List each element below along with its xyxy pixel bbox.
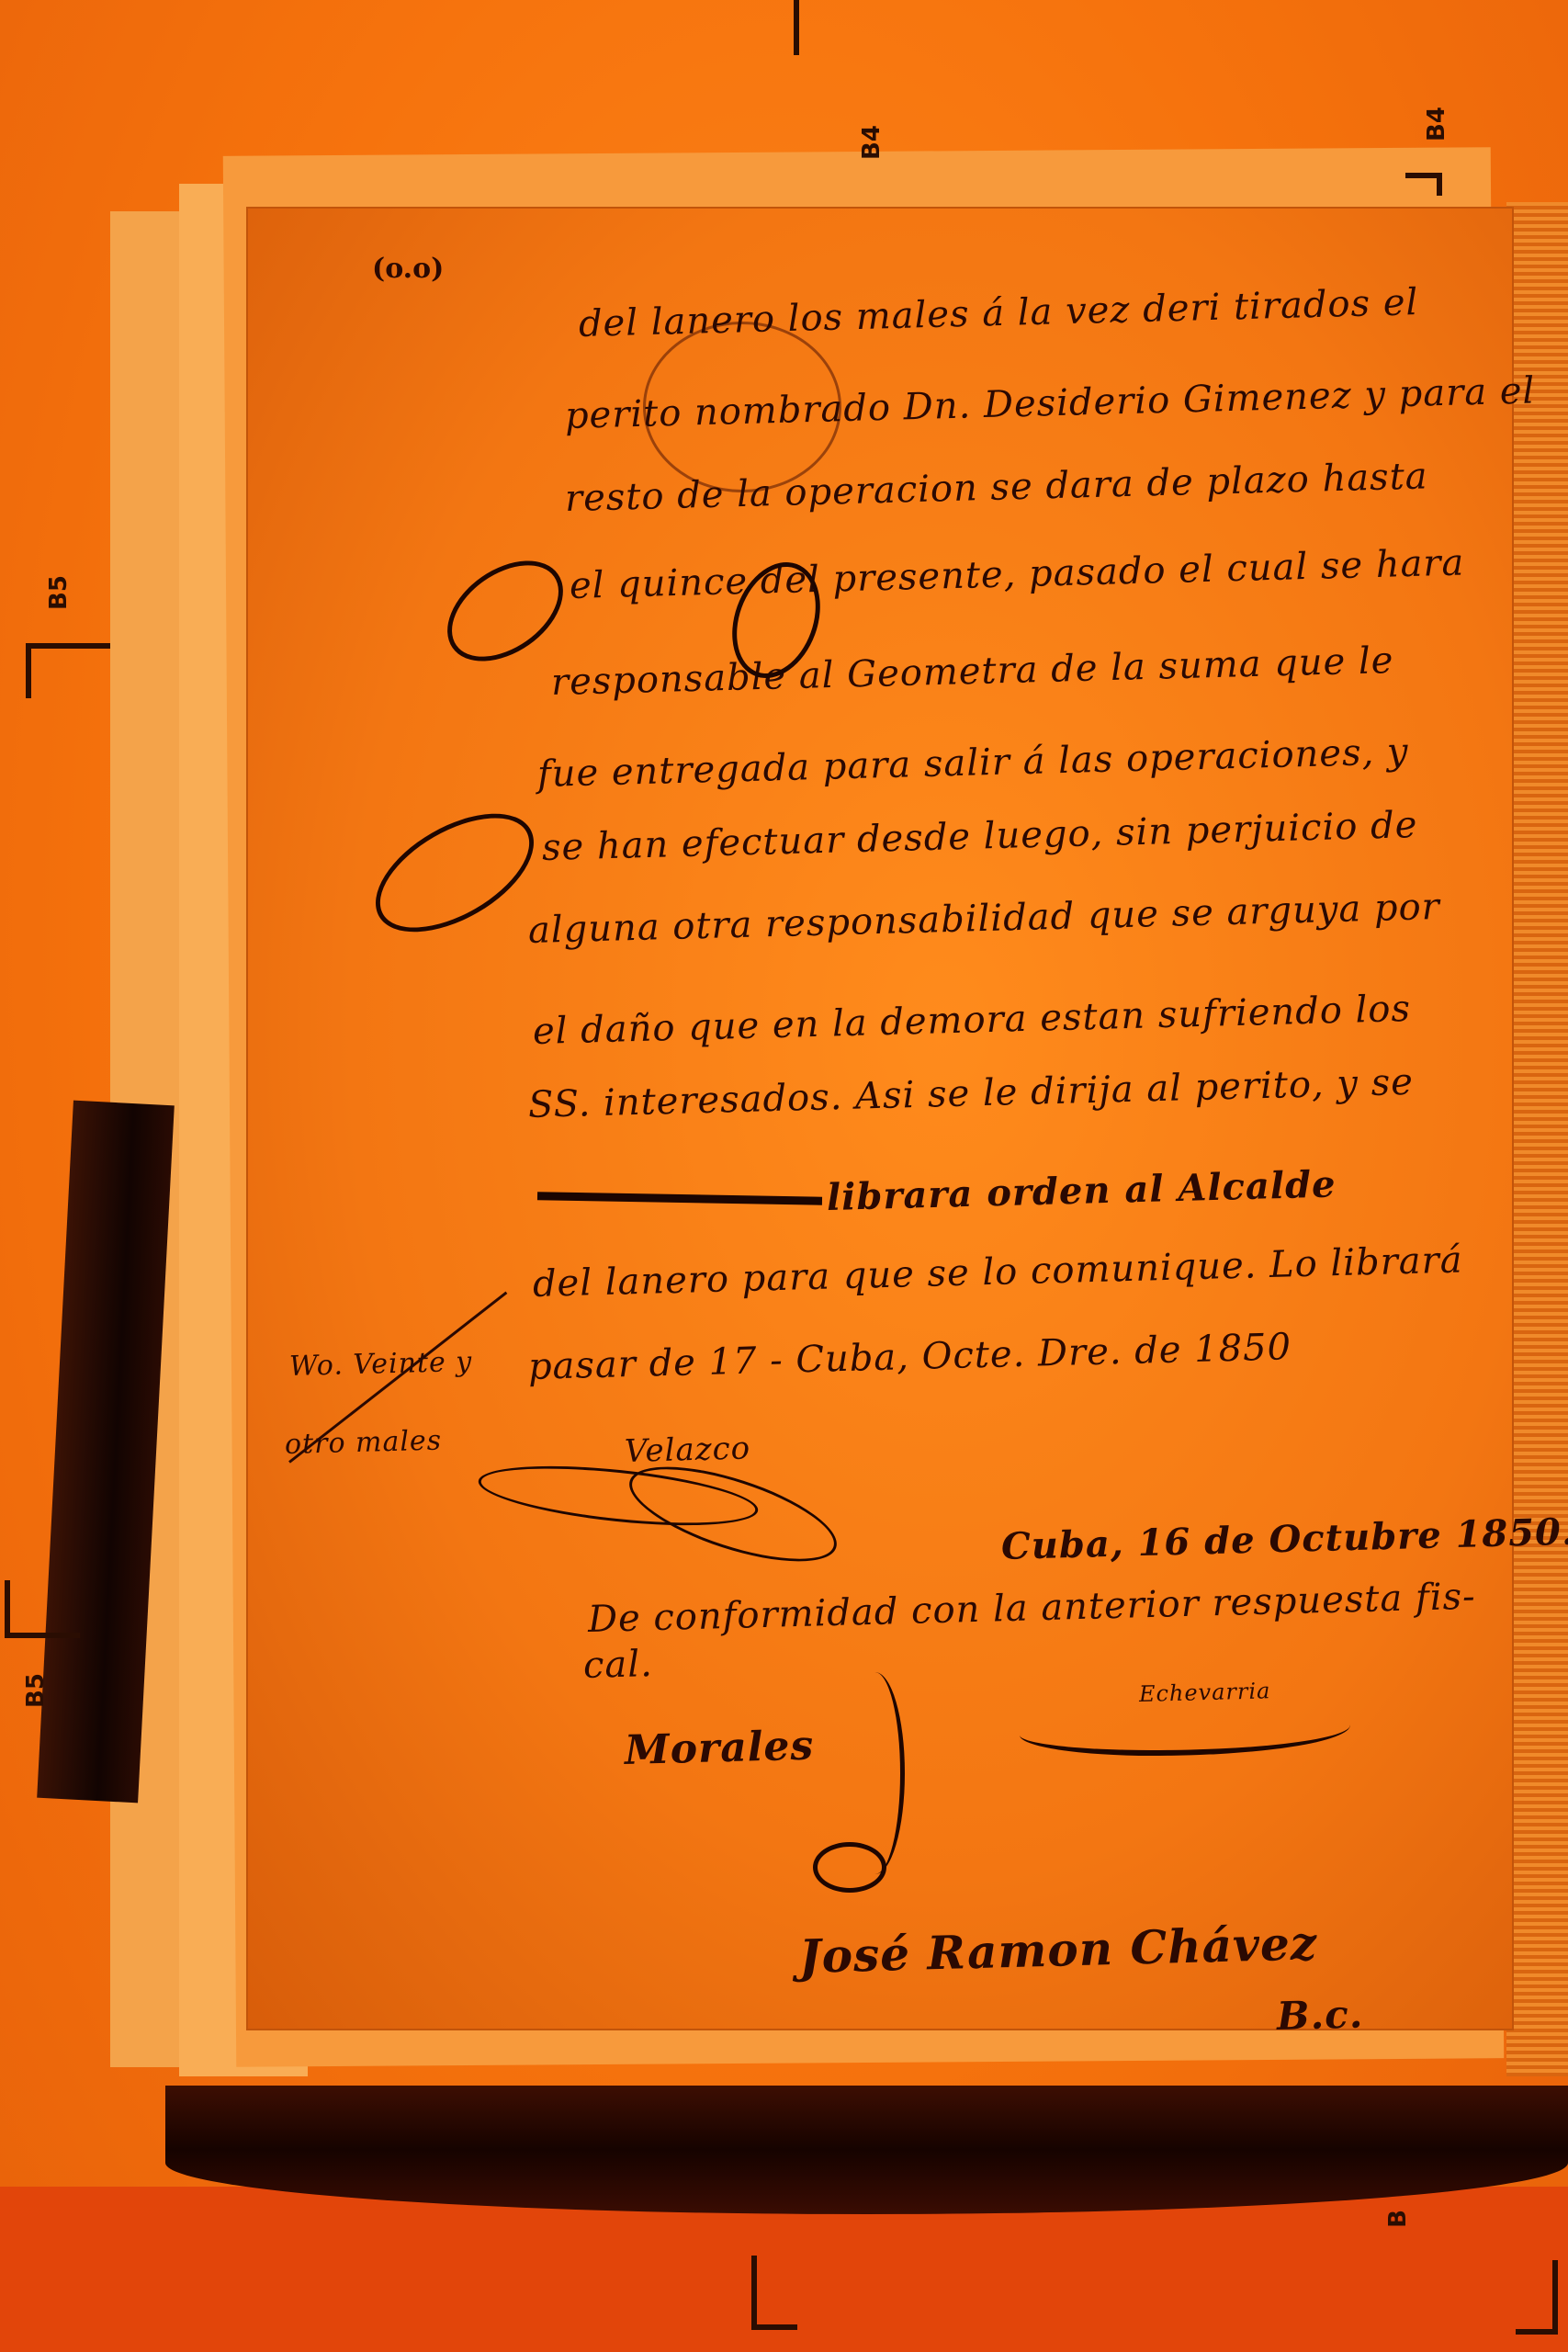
folio-mark: (o.o) xyxy=(372,253,444,285)
reg-label-left-lower: B5 xyxy=(22,1673,50,1708)
crop-mark-top-right-v xyxy=(1437,173,1442,196)
crop-mark-bottom-right-h xyxy=(1516,2329,1558,2335)
margin-note-line-2: otro males xyxy=(285,1425,443,1461)
crop-mark-bottom-left-v xyxy=(751,2256,757,2329)
crop-mark-left-lower-v xyxy=(5,1580,10,1637)
crop-mark-left-lower-h xyxy=(5,1633,80,1638)
reg-label-left-upper: B5 xyxy=(45,575,73,610)
signature-echevarria: Echevarria xyxy=(1139,1678,1271,1707)
crop-mark-left-upper-v xyxy=(26,643,31,698)
reg-label-top-center: B4 xyxy=(858,125,886,160)
crop-mark-bottom-right-v xyxy=(1552,2260,1558,2334)
signature-squiggle xyxy=(845,1672,905,1874)
reg-label-bottom-right: B xyxy=(1384,2210,1412,2228)
conformity-line-2: cal. xyxy=(582,1643,653,1687)
signature-suffix: B.c. xyxy=(1276,1992,1364,2039)
margin-note-line-1: Wo. Veinte y xyxy=(289,1346,473,1383)
rubric-name: Velazco xyxy=(624,1430,750,1470)
book-binding xyxy=(1506,202,1568,2076)
crop-mark-left-upper-h xyxy=(26,643,110,649)
page-shadow xyxy=(165,2086,1568,2214)
reg-label-top-right: B4 xyxy=(1423,107,1450,141)
crop-mark-top xyxy=(794,0,799,55)
signature-morales: Morales xyxy=(624,1723,814,1774)
crop-mark-bottom-left-h xyxy=(751,2324,797,2330)
